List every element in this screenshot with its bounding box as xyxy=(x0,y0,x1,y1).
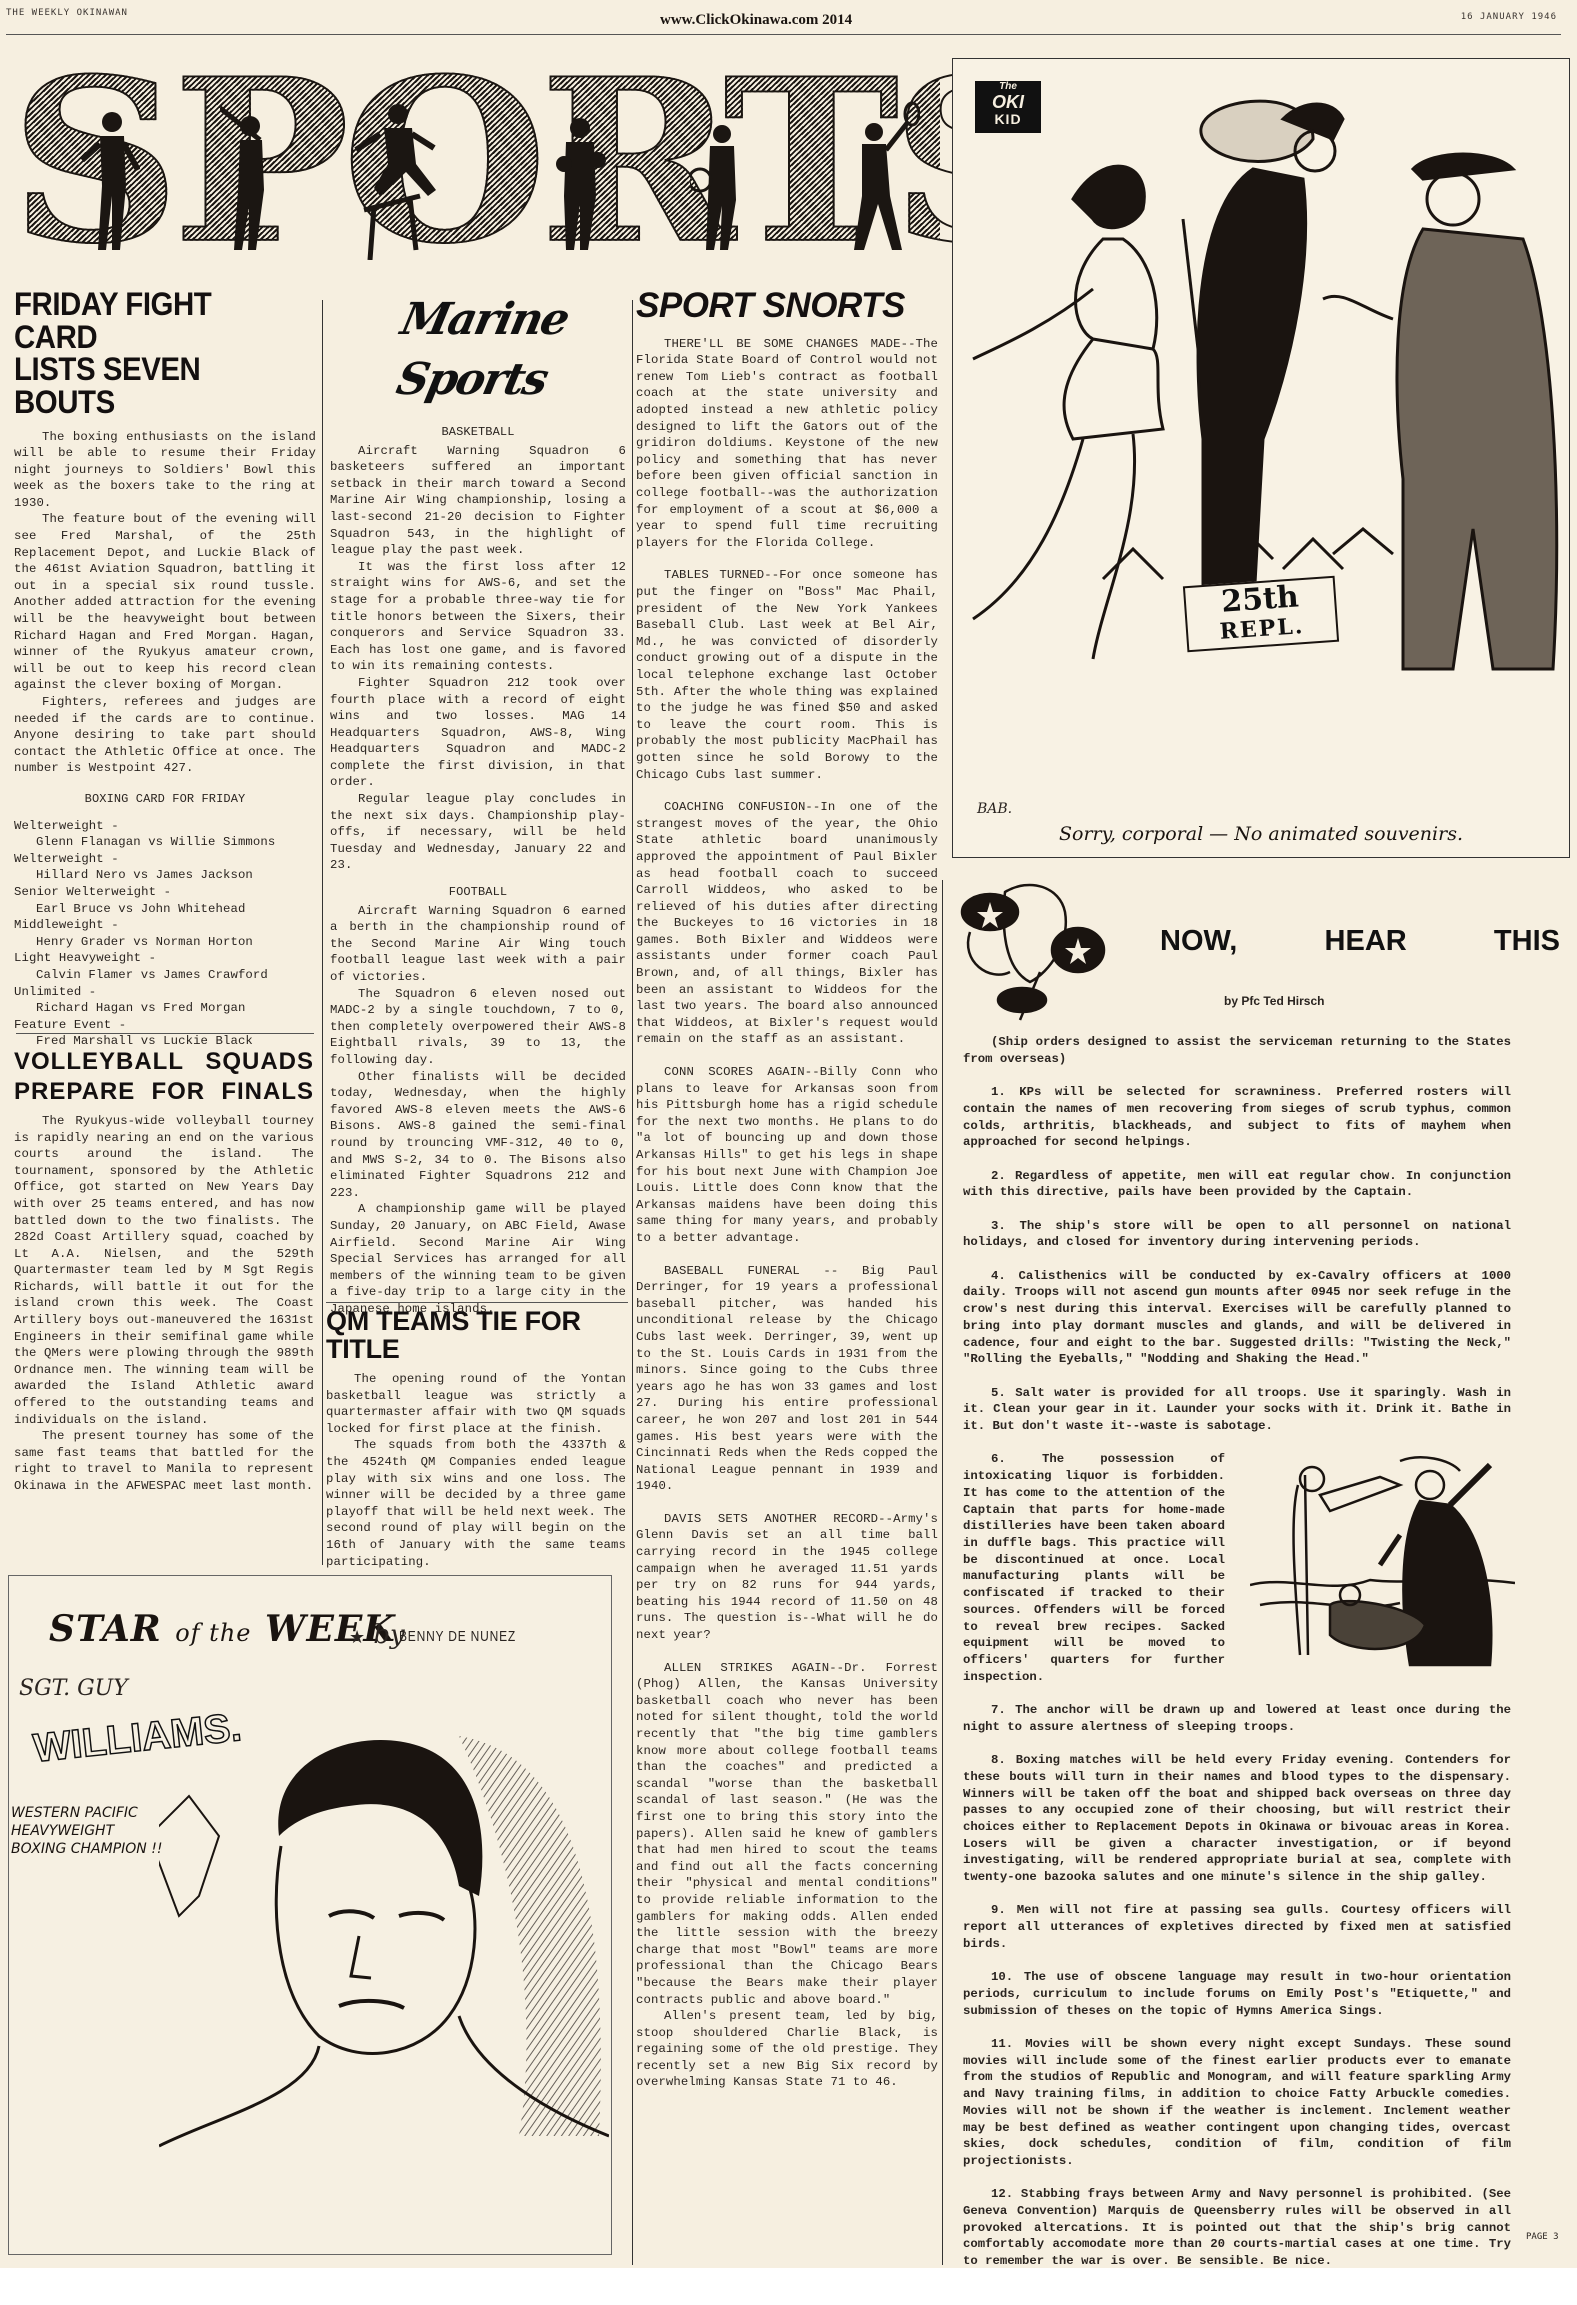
cartoon-illustration xyxy=(953,59,1570,858)
newspaper-page: THE WEEKLY OKINAWAN www.ClickOkinawa.com… xyxy=(0,0,1577,2268)
headline-friday-fight-card: FRIDAY FIGHT CARD LISTS SEVEN BOUTS xyxy=(14,288,292,419)
issue-date: 16 JANUARY 1946 xyxy=(1461,12,1557,22)
football-player-icon xyxy=(80,100,140,260)
order-item: 11. Movies will be shown every night exc… xyxy=(963,2036,1511,2170)
headline-word: VOLLEYBALL xyxy=(14,1050,184,1074)
headline-volleyball-line2: PREPARE FOR FINALS xyxy=(14,1080,314,1104)
subhead-football: FOOTBALL xyxy=(330,884,626,901)
subhead-basketball: BASKETBALL xyxy=(330,424,626,441)
article-sport-snorts: SPORT SNORTS THERE'LL BE SOME CHANGES MA… xyxy=(636,288,938,2091)
order-item: 5. Salt water is provided for all troops… xyxy=(963,1385,1511,1435)
boxer-portrait xyxy=(159,1716,609,2255)
headline-volleyball: VOLLEYBALL SQUADS xyxy=(14,1050,314,1074)
masthead-title: SPORTS xyxy=(10,52,940,271)
snort-item: BASEBALL FUNERAL -- Big Paul Derringer, … xyxy=(636,1263,938,1495)
tennis-player-icon xyxy=(840,100,920,260)
hurdler-icon xyxy=(350,100,440,260)
article-intro: (Ship orders designed to assist the serv… xyxy=(963,1034,1511,1067)
order-item: 9. Men will not fire at passing sea gull… xyxy=(963,1902,1511,1952)
title-word: THIS xyxy=(1494,925,1560,958)
snort-lead: TABLES TURNED-- xyxy=(664,568,779,582)
snort-text: For once someone has put the finger on "… xyxy=(636,568,938,781)
snort-text: Big Paul Derringer, for 19 years a profe… xyxy=(636,1264,938,1494)
star-of-the-week-panel: STAR of the WEEK ★ by BENNY DE NUNEZ SGT… xyxy=(8,1575,612,2255)
article-paragraph: The Squadron 6 eleven nosed out MADC-2 b… xyxy=(330,986,626,1069)
sports-masthead: SPORTS xyxy=(10,60,940,270)
marine-sports-logo: Marine Sports xyxy=(317,290,639,410)
weight-class: Unlimited - xyxy=(14,984,316,1001)
boxer-icon xyxy=(550,100,610,260)
star-author: BENNY DE NUNEZ xyxy=(399,1628,516,1645)
bout-row: Unlimited -Richard Hagan vs Fred Morgan xyxy=(14,984,316,1017)
snort-item: ALLEN STRIKES AGAIN--Dr. Forrest (Phog) … xyxy=(636,1660,938,2008)
column-divider xyxy=(632,300,633,2265)
article-paragraph: The boxing enthusiasts on the island wil… xyxy=(14,429,316,512)
headline-word: FINALS xyxy=(221,1080,314,1104)
bout-row: Welterweight -Hillard Nero vs James Jack… xyxy=(14,851,316,884)
article-qm-teams: QM TEAMS TIE FOR TITLE The opening round… xyxy=(326,1308,626,1570)
article-paragraph: Regular league play concludes in the nex… xyxy=(330,791,626,874)
star-of-the-week-title: STAR of the WEEK xyxy=(49,1608,396,1650)
snort-item: CONN SCORES AGAIN--Billy Conn who plans … xyxy=(636,1064,938,1247)
bout-row: Welterweight -Glenn Flanagan vs Willie S… xyxy=(14,818,316,851)
snort-text: Allen's present team, led by big, stoop … xyxy=(636,2009,938,2089)
star-byline: ★ by xyxy=(349,1620,405,1650)
boxing-card-title: BOXING CARD FOR FRIDAY xyxy=(14,791,316,808)
title-word: NOW, xyxy=(1160,925,1237,958)
headline-word: SQUADS xyxy=(205,1050,314,1074)
order-item: 10. The use of obscene language may resu… xyxy=(963,1969,1511,2019)
article-friday-fight-card: FRIDAY FIGHT CARD LISTS SEVEN BOUTS The … xyxy=(14,288,316,1050)
headline-sport-snorts: SPORT SNORTS xyxy=(636,288,938,324)
snort-lead: ALLEN STRIKES AGAIN-- xyxy=(664,1661,844,1675)
weight-class: Light Heavyweight - xyxy=(14,950,316,967)
article-paragraph: The squads from both the 4337th & the 45… xyxy=(326,1437,626,1570)
snort-lead: THERE'LL BE SOME CHANGES MADE-- xyxy=(664,337,916,351)
cartoon-caption: Sorry, corporal — No animated souvenirs. xyxy=(953,823,1569,845)
order-item: 1. KPs will be selected for scrawniness.… xyxy=(963,1084,1511,1151)
headline-word: PREPARE xyxy=(14,1080,135,1104)
weight-class: Feature Event - xyxy=(14,1017,316,1034)
order-item: 2. Regardless of appetite, men will eat … xyxy=(963,1168,1511,1201)
order-item: 12. Stabbing frays between Army and Navy… xyxy=(963,2186,1511,2270)
weight-class: Welterweight - xyxy=(14,818,316,835)
basketball-player-icon xyxy=(690,100,750,260)
now-hear-this-title: NOW, HEAR THIS xyxy=(1160,925,1560,958)
article-paragraph: The opening round of the Yontan basketba… xyxy=(326,1371,626,1437)
article-volleyball: VOLLEYBALL SQUADS PREPARE FOR FINALS The… xyxy=(14,1050,314,1495)
order-item: 8. Boxing matches will be held every Fri… xyxy=(963,1752,1511,1886)
article-paragraph: Aircraft Warning Squadron 6 earned a ber… xyxy=(330,903,626,986)
artist-signature: BAB. xyxy=(977,801,1012,817)
article-paragraph: Fighter Squadron 212 took over fourth pl… xyxy=(330,675,626,791)
publication-name: THE WEEKLY OKINAWAN xyxy=(6,8,128,18)
snort-text: The Florida State Board of Control would… xyxy=(636,337,938,550)
navy-officer-cartoon xyxy=(1250,1455,1515,1670)
weight-class: Middleweight - xyxy=(14,917,316,934)
snort-text: Dr. Forrest (Phog) Allen, the Kansas Uni… xyxy=(636,1661,938,2007)
snort-text: Billy Conn who plans to leave for Arkans… xyxy=(636,1065,938,1245)
snort-item: COACHING CONFUSION--In one of the strang… xyxy=(636,799,938,1048)
honoree-caption: WESTERN PACIFIC HEAVYWEIGHT BOXING CHAMP… xyxy=(11,1804,171,1858)
article-marine-sports: Marine Sports BASKETBALL Aircraft Warnin… xyxy=(330,290,626,1317)
star-icon: ★ xyxy=(349,1627,365,1648)
bout-matchup: Richard Hagan vs Fred Morgan xyxy=(14,1000,316,1017)
bout-matchup: Glenn Flanagan vs Willie Simmons xyxy=(14,834,316,851)
baseball-batter-icon xyxy=(220,100,280,260)
headline-qm-teams: QM TEAMS TIE FOR TITLE xyxy=(326,1308,626,1363)
page-number: PAGE 3 xyxy=(1526,2232,1559,2242)
snort-lead: COACHING CONFUSION-- xyxy=(664,800,820,814)
bout-matchup: Calvin Flamer vs James Crawford xyxy=(14,967,316,984)
bout-row: Light Heavyweight -Calvin Flamer vs Jame… xyxy=(14,950,316,983)
snort-item: TABLES TURNED--For once someone has put … xyxy=(636,567,938,783)
bout-matchup: Earl Bruce vs John Whitehead xyxy=(14,901,316,918)
headline-line: LISTS SEVEN BOUTS xyxy=(14,353,292,418)
bout-matchup: Hillard Nero vs James Jackson xyxy=(14,867,316,884)
headline-line: FRIDAY FIGHT CARD xyxy=(14,288,292,353)
snort-lead: CONN SCORES AGAIN-- xyxy=(664,1065,820,1079)
title-of-the: of the xyxy=(175,1619,251,1647)
bout-row: Middleweight -Henry Grader vs Norman Hor… xyxy=(14,917,316,950)
order-item: 7. The anchor will be drawn up and lower… xyxy=(963,1702,1511,1735)
title-word: HEAR xyxy=(1325,925,1407,958)
article-paragraph: The Ryukyus-wide volleyball tourney is r… xyxy=(14,1113,314,1428)
section-rule xyxy=(326,1302,628,1303)
bout-matchup: Henry Grader vs Norman Horton xyxy=(14,934,316,951)
article-paragraph: A championship game will be played Sunda… xyxy=(330,1201,626,1317)
order-item: 3. The ship's store will be open to all … xyxy=(963,1218,1511,1251)
headline-word: FOR xyxy=(151,1080,205,1104)
snort-lead: BASEBALL FUNERAL -- xyxy=(664,1264,862,1278)
article-paragraph: Aircraft Warning Squadron 6 basketeers s… xyxy=(330,443,626,559)
column-divider xyxy=(942,880,943,2265)
section-rule xyxy=(16,1033,314,1034)
article-paragraph: The feature bout of the evening will see… xyxy=(14,511,316,694)
article-paragraph: The present tourney has some of the same… xyxy=(14,1428,314,1494)
oki-kid-cartoon: The OKI KID xyxy=(952,58,1570,858)
ship-horn-illustration xyxy=(960,872,1110,1022)
25th-repl-sign: 25th REPL. xyxy=(1183,576,1339,652)
snort-lead: DAVIS SETS ANOTHER RECORD-- xyxy=(664,1512,893,1526)
column-divider xyxy=(322,300,323,1565)
bout-row: Senior Welterweight -Earl Bruce vs John … xyxy=(14,884,316,917)
snort-item: Allen's present team, led by big, stoop … xyxy=(636,2008,938,2091)
snort-item: THERE'LL BE SOME CHANGES MADE--The Flori… xyxy=(636,336,938,552)
website-credit: www.ClickOkinawa.com 2014 xyxy=(660,12,852,29)
boxing-card-list: Welterweight -Glenn Flanagan vs Willie S… xyxy=(14,818,316,1050)
snort-text: In one of the strangest moves of the yea… xyxy=(636,800,938,1046)
snort-text: Army's Glenn Davis set an all time ball … xyxy=(636,1512,938,1642)
article-paragraph: Fighters, referees and judges are needed… xyxy=(14,694,316,777)
article-paragraph: Other finalists will be decided today, W… xyxy=(330,1069,626,1202)
order-item: 6. The possession of intoxicating liquor… xyxy=(963,1451,1225,1685)
title-star: STAR xyxy=(49,1608,162,1650)
weight-class: Welterweight - xyxy=(14,851,316,868)
weight-class: Senior Welterweight - xyxy=(14,884,316,901)
now-hear-this-byline: by Pfc Ted Hirsch xyxy=(1224,994,1324,1008)
honoree-rank: SGT. GUY xyxy=(19,1676,128,1701)
order-item: 4. Calisthenics will be conducted by ex-… xyxy=(963,1268,1511,1368)
snort-item: DAVIS SETS ANOTHER RECORD--Army's Glenn … xyxy=(636,1511,938,1644)
article-paragraph: It was the first loss after 12 straight … xyxy=(330,559,626,675)
